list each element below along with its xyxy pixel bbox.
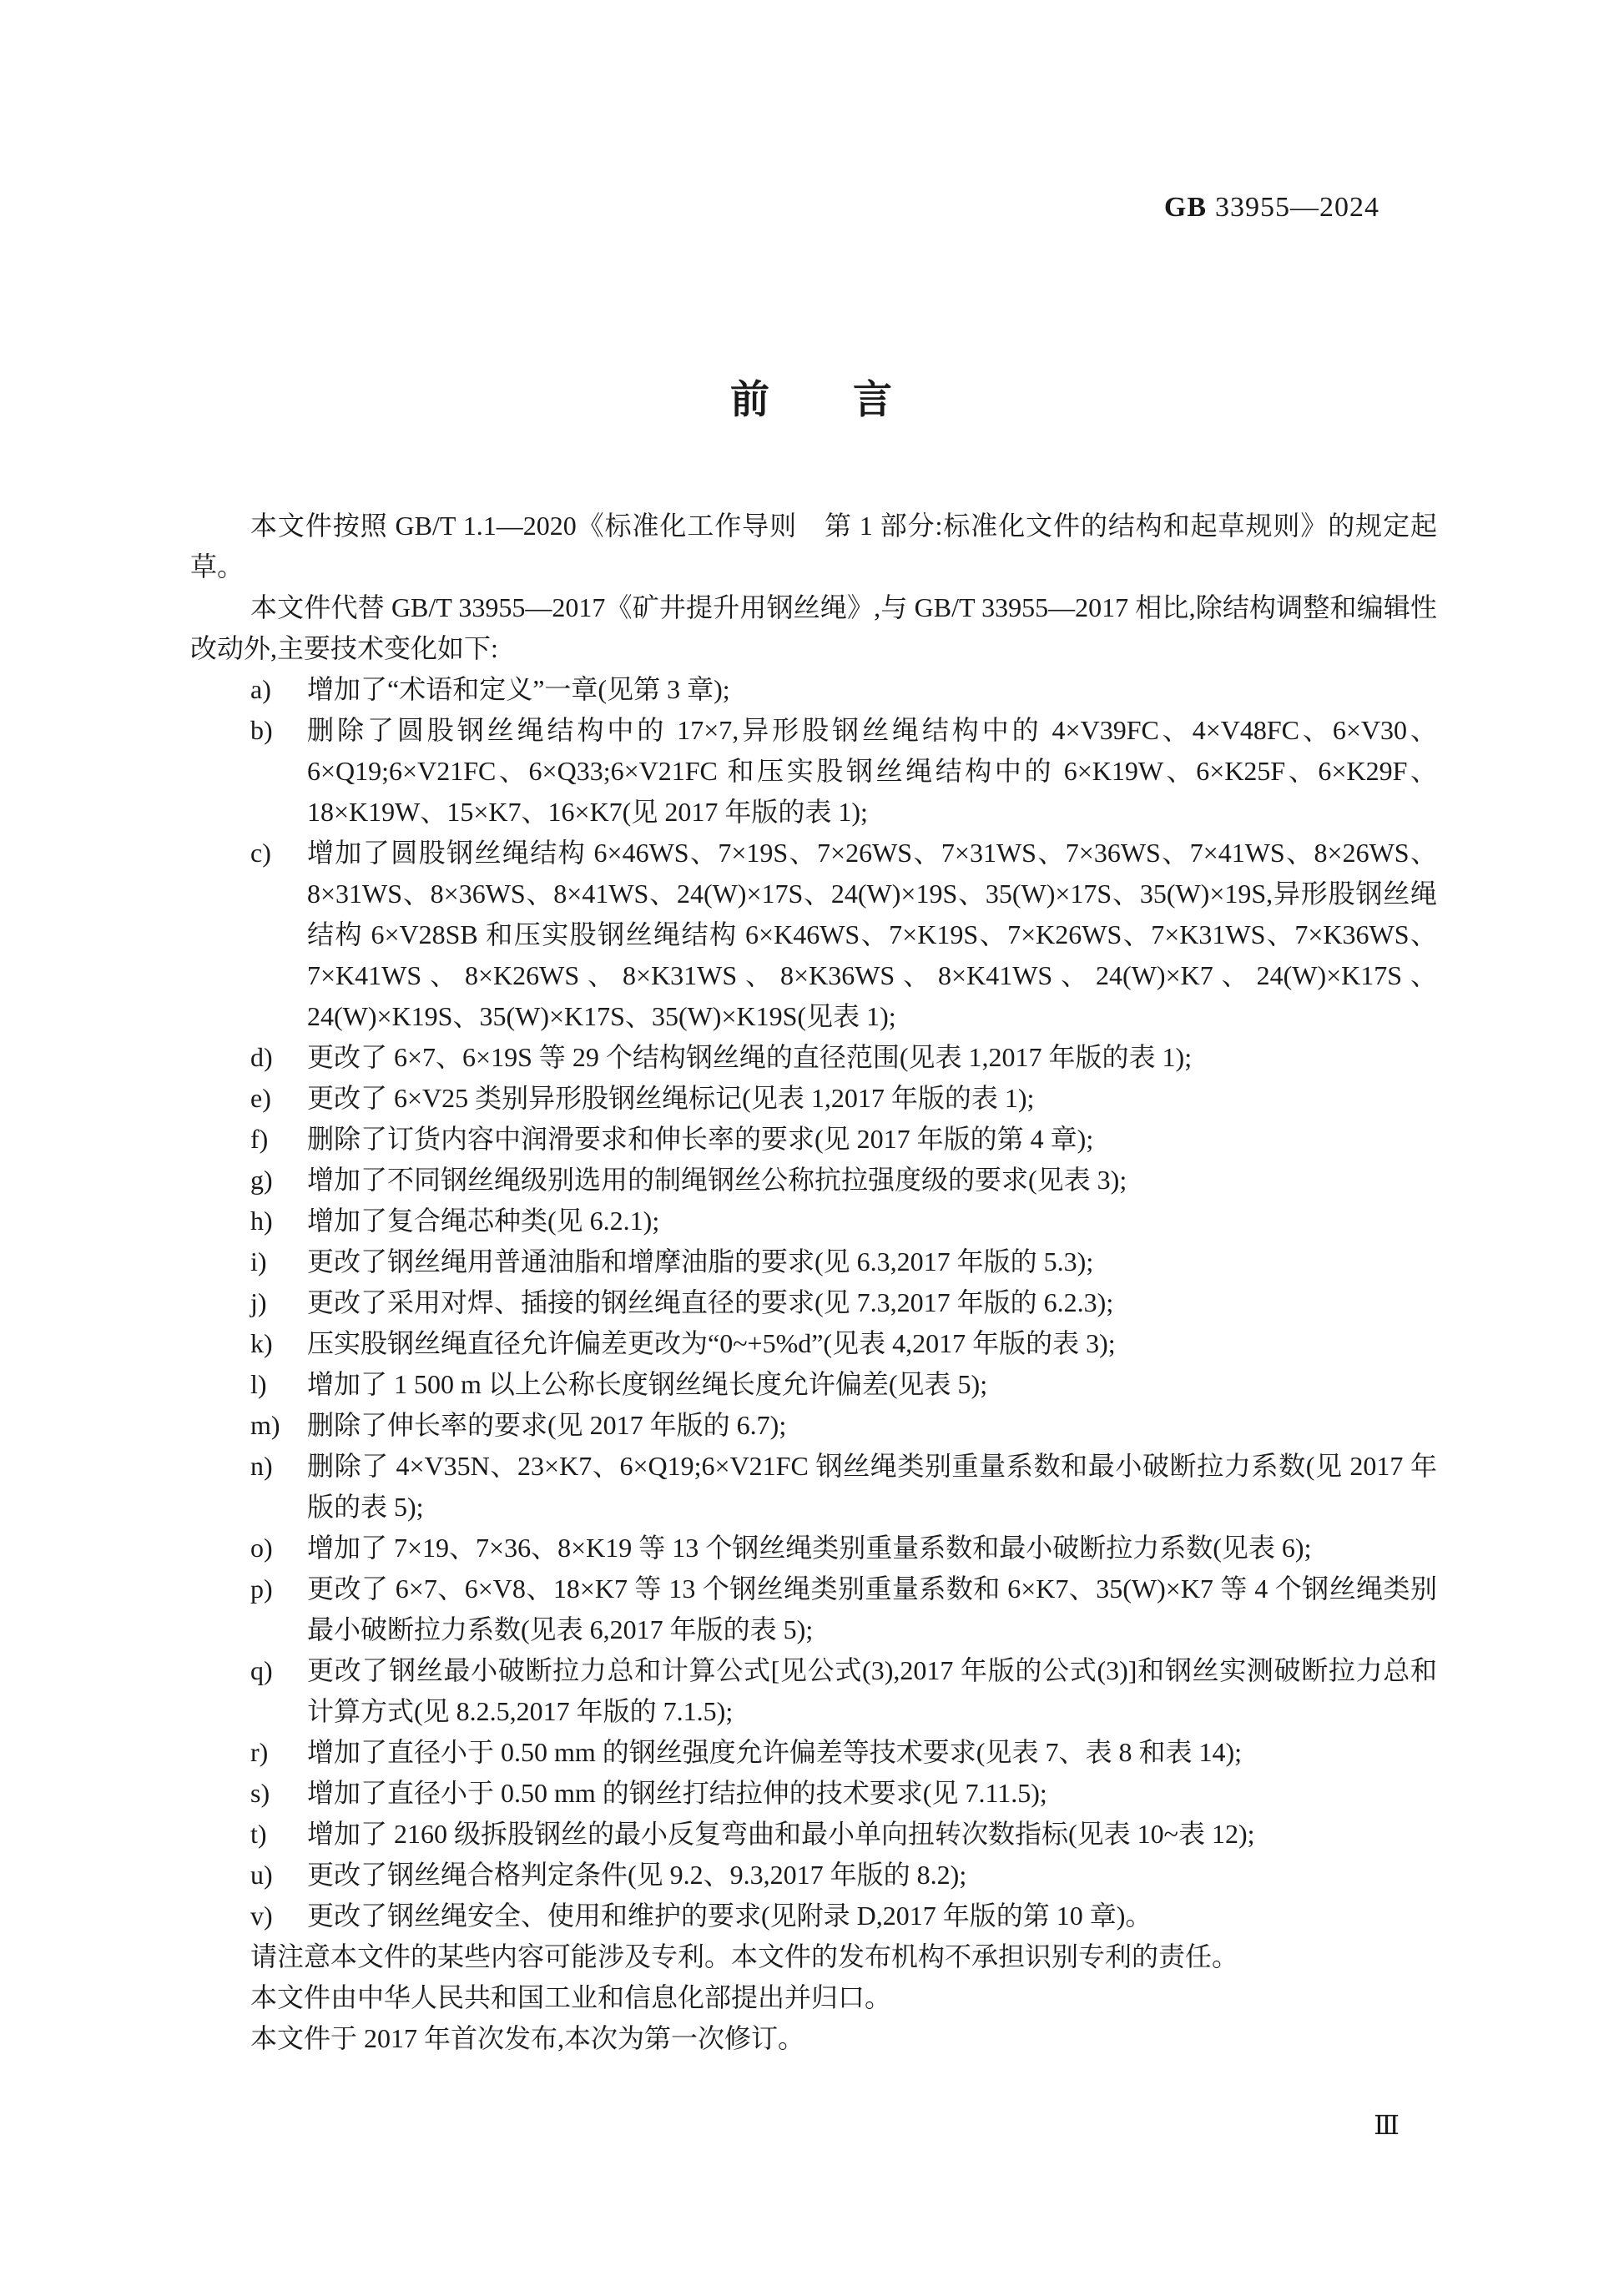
- change-item-label: f): [250, 1119, 268, 1160]
- change-list-item: i) 更改了钢丝绳用普通油脂和增摩油脂的要求(见 6.3,2017 年版的 5.…: [190, 1241, 1437, 1282]
- change-item-text: 更改了 6×7、6×V8、18×K7 等 13 个钢丝绳类别重量系数和 6×K7…: [307, 1573, 1437, 1644]
- change-item-label: g): [250, 1160, 273, 1201]
- change-list-item: t) 增加了 2160 级拆股钢丝的最小反复弯曲和最小单向扭转次数指标(见表 1…: [190, 1814, 1437, 1855]
- change-item-text: 增加了直径小于 0.50 mm 的钢丝打结拉伸的技术要求(见 7.11.5);: [307, 1778, 1047, 1808]
- change-list-item: n) 删除了 4×V35N、23×K7、6×Q19;6×V21FC 钢丝绳类别重…: [190, 1446, 1437, 1528]
- standard-code-number: 33955—2024: [1215, 192, 1379, 223]
- change-list-item: a) 增加了“术语和定义”一章(见第 3 章);: [190, 669, 1437, 710]
- change-item-text: 增加了不同钢丝绳级别选用的制绳钢丝公称抗拉强度级的要求(见表 3);: [307, 1165, 1127, 1195]
- change-list-item: s) 增加了直径小于 0.50 mm 的钢丝打结拉伸的技术要求(见 7.11.5…: [190, 1773, 1437, 1814]
- change-item-text: 增加了“术语和定义”一章(见第 3 章);: [307, 674, 730, 704]
- change-item-label: l): [250, 1364, 267, 1405]
- change-item-label: a): [250, 669, 271, 710]
- change-list-item: p) 更改了 6×7、6×V8、18×K7 等 13 个钢丝绳类别重量系数和 6…: [190, 1568, 1437, 1650]
- change-item-label: d): [250, 1037, 273, 1078]
- change-item-label: t): [250, 1814, 267, 1855]
- change-list-item: j) 更改了采用对焊、插接的钢丝绳直径的要求(见 7.3,2017 年版的 6.…: [190, 1282, 1437, 1323]
- change-list-item: u) 更改了钢丝绳合格判定条件(见 9.2、9.3,2017 年版的 8.2);: [190, 1855, 1437, 1896]
- change-item-text: 更改了 6×7、6×19S 等 29 个结构钢丝绳的直径范围(见表 1,2017…: [307, 1042, 1192, 1072]
- change-item-text: 更改了采用对焊、插接的钢丝绳直径的要求(见 7.3,2017 年版的 6.2.3…: [307, 1287, 1113, 1317]
- intro-paragraph: 本文件按照 GB/T 1.1—2020《标准化工作导则 第 1 部分:标准化文件…: [190, 506, 1437, 587]
- standard-code-header: GB33955—2024: [1164, 192, 1379, 224]
- change-item-label: m): [250, 1405, 280, 1446]
- change-item-text: 增加了直径小于 0.50 mm 的钢丝强度允许偏差等技术要求(见表 7、表 8 …: [307, 1737, 1242, 1767]
- change-list-item: b) 删除了圆股钢丝绳结构中的 17×7,异形股钢丝绳结构中的 4×V39FC、…: [190, 710, 1437, 833]
- page-number: Ⅲ: [1374, 2109, 1400, 2141]
- change-item-text: 更改了 6×V25 类别异形股钢丝绳标记(见表 1,2017 年版的表 1);: [307, 1083, 1034, 1113]
- change-item-text: 增加了 7×19、7×36、8×K19 等 13 个钢丝绳类别重量系数和最小破断…: [307, 1533, 1311, 1563]
- change-list-item: q) 更改了钢丝最小破断拉力总和计算公式[见公式(3),2017 年版的公式(3…: [190, 1650, 1437, 1732]
- change-item-text: 更改了钢丝绳用普通油脂和增摩油脂的要求(见 6.3,2017 年版的 5.3);: [307, 1246, 1093, 1276]
- change-item-text: 增加了复合绳芯种类(见 6.2.1);: [307, 1206, 659, 1236]
- change-item-text: 删除了订货内容中润滑要求和伸长率的要求(见 2017 年版的第 4 章);: [307, 1124, 1093, 1154]
- change-item-text: 更改了钢丝绳合格判定条件(见 9.2、9.3,2017 年版的 8.2);: [307, 1860, 966, 1890]
- change-list-item: l) 增加了 1 500 m 以上公称长度钢丝绳长度允许偏差(见表 5);: [190, 1364, 1437, 1405]
- replacement-paragraph: 本文件代替 GB/T 33955—2017《矿井提升用钢丝绳》,与 GB/T 3…: [190, 587, 1437, 669]
- change-item-label: k): [250, 1323, 273, 1364]
- change-list-item: k) 压实股钢丝绳直径允许偏差更改为“0~+5%d”(见表 4,2017 年版的…: [190, 1323, 1437, 1364]
- change-list-item: c) 增加了圆股钢丝绳结构 6×46WS、7×19S、7×26WS、7×31WS…: [190, 833, 1437, 1037]
- change-item-text: 压实股钢丝绳直径允许偏差更改为“0~+5%d”(见表 4,2017 年版的表 3…: [307, 1328, 1116, 1358]
- change-item-label: i): [250, 1241, 267, 1282]
- change-item-label: e): [250, 1078, 271, 1119]
- change-item-label: s): [250, 1773, 270, 1814]
- change-item-label: o): [250, 1528, 273, 1568]
- change-item-text: 更改了钢丝绳安全、使用和维护的要求(见附录 D,2017 年版的第 10 章)。: [307, 1901, 1152, 1931]
- change-item-label: j): [250, 1282, 267, 1323]
- change-list-item: v) 更改了钢丝绳安全、使用和维护的要求(见附录 D,2017 年版的第 10 …: [190, 1896, 1437, 1936]
- change-item-label: n): [250, 1446, 273, 1487]
- change-item-label: b): [250, 710, 273, 751]
- change-item-text: 增加了 2160 级拆股钢丝的最小反复弯曲和最小单向扭转次数指标(见表 10~表…: [307, 1819, 1255, 1849]
- change-item-label: q): [250, 1650, 273, 1691]
- change-list-item: m) 删除了伸长率的要求(见 2017 年版的 6.7);: [190, 1405, 1437, 1446]
- change-item-label: r): [250, 1732, 268, 1773]
- change-item-label: v): [250, 1896, 273, 1936]
- change-list-item: o) 增加了 7×19、7×36、8×K19 等 13 个钢丝绳类别重量系数和最…: [190, 1528, 1437, 1568]
- foreword-body: 本文件按照 GB/T 1.1—2020《标准化工作导则 第 1 部分:标准化文件…: [190, 506, 1437, 2059]
- change-item-text: 更改了钢丝最小破断拉力总和计算公式[见公式(3),2017 年版的公式(3)]和…: [307, 1655, 1437, 1726]
- technical-changes-list: a) 增加了“术语和定义”一章(见第 3 章); b) 删除了圆股钢丝绳结构中的…: [190, 669, 1437, 1936]
- document-page: GB33955—2024 前 言 本文件按照 GB/T 1.1—2020《标准化…: [0, 0, 1624, 2296]
- patent-notice-paragraph: 请注意本文件的某些内容可能涉及专利。本文件的发布机构不承担识别专利的责任。: [190, 1936, 1437, 1977]
- change-item-label: c): [250, 833, 271, 874]
- change-item-label: p): [250, 1568, 273, 1609]
- standard-code-prefix: GB: [1164, 192, 1207, 223]
- change-list-item: e) 更改了 6×V25 类别异形股钢丝绳标记(见表 1,2017 年版的表 1…: [190, 1078, 1437, 1119]
- change-item-text: 删除了伸长率的要求(见 2017 年版的 6.7);: [307, 1410, 786, 1440]
- change-list-item: d) 更改了 6×7、6×19S 等 29 个结构钢丝绳的直径范围(见表 1,2…: [190, 1037, 1437, 1078]
- page-title: 前 言: [0, 369, 1624, 425]
- change-item-text: 删除了 4×V35N、23×K7、6×Q19;6×V21FC 钢丝绳类别重量系数…: [307, 1451, 1437, 1522]
- change-item-text: 增加了圆股钢丝绳结构 6×46WS、7×19S、7×26WS、7×31WS、7×…: [307, 838, 1437, 1031]
- change-item-label: u): [250, 1855, 273, 1896]
- change-list-item: r) 增加了直径小于 0.50 mm 的钢丝强度允许偏差等技术要求(见表 7、表…: [190, 1732, 1437, 1773]
- change-list-item: g) 增加了不同钢丝绳级别选用的制绳钢丝公称抗拉强度级的要求(见表 3);: [190, 1160, 1437, 1201]
- change-item-label: h): [250, 1201, 273, 1241]
- change-item-text: 增加了 1 500 m 以上公称长度钢丝绳长度允许偏差(见表 5);: [307, 1369, 987, 1399]
- change-item-text: 删除了圆股钢丝绳结构中的 17×7,异形股钢丝绳结构中的 4×V39FC、4×V…: [307, 715, 1437, 827]
- change-list-item: h) 增加了复合绳芯种类(见 6.2.1);: [190, 1201, 1437, 1241]
- issuing-body-paragraph: 本文件由中华人民共和国工业和信息化部提出并归口。: [190, 1977, 1437, 2018]
- revision-history-paragraph: 本文件于 2017 年首次发布,本次为第一次修订。: [190, 2018, 1437, 2059]
- change-list-item: f) 删除了订货内容中润滑要求和伸长率的要求(见 2017 年版的第 4 章);: [190, 1119, 1437, 1160]
